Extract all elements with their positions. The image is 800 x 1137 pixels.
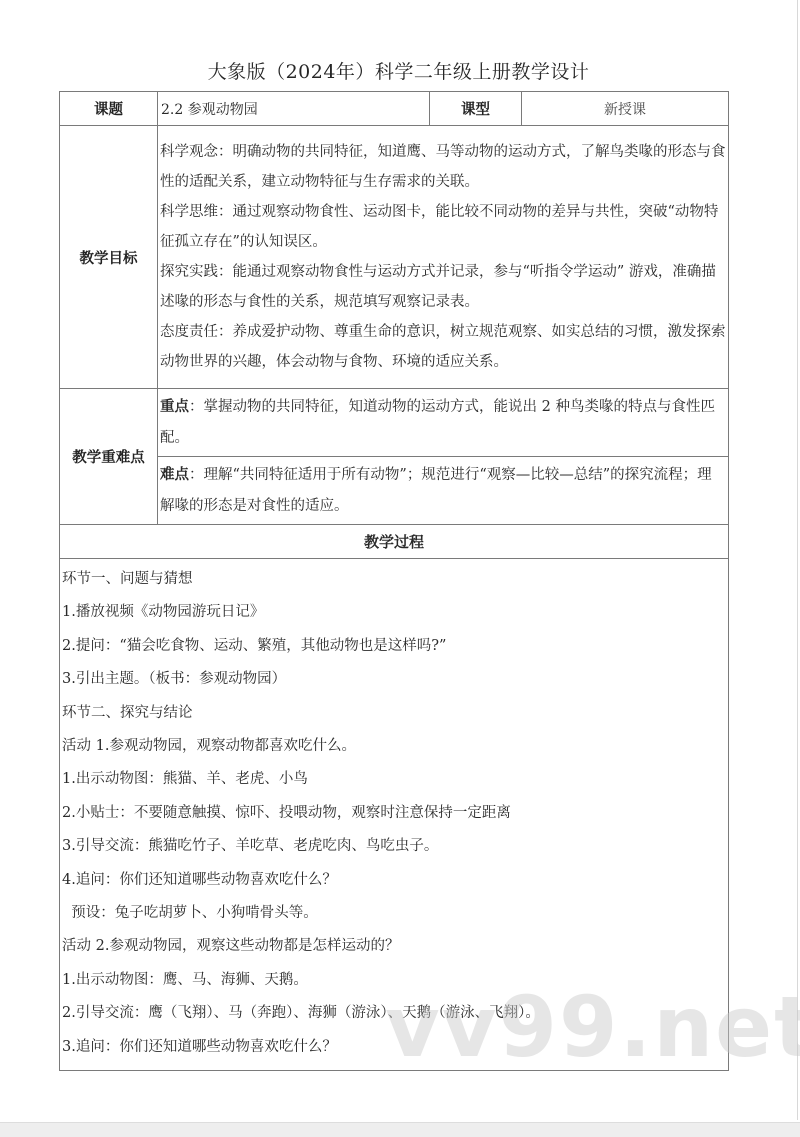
document-page: 大象版（2024年）科学二年级上册教学设计 课题 2.2 参观动物园 课型 新授…	[0, 0, 798, 1120]
key-point-text: 重点：掌握动物的共同特征，知道动物的运动方式，能说出 2 种鸟类喙的特点与食性匹…	[160, 392, 726, 454]
key-point-label: 重点	[160, 399, 189, 415]
lesson-type-label: 课型	[430, 92, 522, 126]
process-line: 3.追问：你们还知道哪些动物喜欢吃什么？	[62, 1031, 726, 1064]
lesson-plan-table: 课题 2.2 参观动物园 课型 新授课 教学目标 科学观念：明确动物的共同特征，…	[59, 91, 729, 1071]
topic-value: 2.2 参观动物园	[158, 92, 430, 126]
process-line: 2.引导交流：鹰（飞翔）、马（奔跑）、海狮（游泳）、天鹅（游泳、飞翔）。	[62, 997, 726, 1030]
page-bottom-bar	[0, 1122, 800, 1137]
difficult-point-row: 难点：理解“共同特征适用于所有动物”；规范进行“观察—比较—总结”的探究流程；理…	[60, 457, 729, 525]
process-section-2: 环节二、探究与结论	[62, 697, 726, 730]
goal-practice: 探究实践：能通过观察动物食性与运动方式并记录，参与“听指令学运动” 游戏，准确描…	[160, 257, 726, 317]
lesson-type-value: 新授课	[522, 92, 729, 126]
process-line: 2.小贴士：不要随意触摸、惊吓、投喂动物，观察时注意保持一定距离	[62, 797, 726, 830]
process-line: 预设：兔子吃胡萝卜、小狗啃骨头等。	[62, 897, 726, 930]
key-point-cell: 重点：掌握动物的共同特征，知道动物的运动方式，能说出 2 种鸟类喙的特点与食性匹…	[158, 389, 729, 457]
process-activity-1: 活动 1.参观动物园，观察动物都喜欢吃什么。	[62, 730, 726, 763]
process-section-1: 环节一、问题与猜想	[62, 563, 726, 596]
goal-thinking: 科学思维：通过观察动物食性、运动图卡，能比较不同动物的差异与共性，突破“动物特征…	[160, 197, 726, 257]
process-line: 3.引导交流：熊猫吃竹子、羊吃草、老虎吃肉、鸟吃虫子。	[62, 830, 726, 863]
process-line: 1.出示动物图：熊猫、羊、老虎、小鸟	[62, 763, 726, 796]
process-heading: 教学过程	[60, 525, 729, 559]
topic-row: 课题 2.2 参观动物园 课型 新授课	[60, 92, 729, 126]
difficult-point-label: 难点	[160, 467, 189, 483]
difficult-point-text: 难点：理解“共同特征适用于所有动物”；规范进行“观察—比较—总结”的探究流程；理…	[160, 460, 726, 522]
goals-row: 教学目标 科学观念：明确动物的共同特征，知道鹰、马等动物的运动方式，了解鸟类喙的…	[60, 126, 729, 389]
process-line: 1.播放视频《动物园游玩日记》	[62, 596, 726, 629]
key-point-body: ：掌握动物的共同特征，知道动物的运动方式，能说出 2 种鸟类喙的特点与食性匹配。	[160, 399, 715, 446]
document-title: 大象版（2024年）科学二年级上册教学设计	[0, 57, 797, 84]
process-activity-2: 活动 2.参观动物园，观察这些动物都是怎样运动的？	[62, 930, 726, 963]
topic-label: 课题	[60, 92, 158, 126]
difficult-point-cell: 难点：理解“共同特征适用于所有动物”；规范进行“观察—比较—总结”的探究流程；理…	[158, 457, 729, 525]
key-point-row: 教学重难点 重点：掌握动物的共同特征，知道动物的运动方式，能说出 2 种鸟类喙的…	[60, 389, 729, 457]
process-line: 2.提问：“猫会吃食物、运动、繁殖，其他动物也是这样吗?”	[62, 630, 726, 663]
goals-label: 教学目标	[60, 126, 158, 389]
difficult-point-body: ：理解“共同特征适用于所有动物”；规范进行“观察—比较—总结”的探究流程；理解喙…	[160, 467, 712, 514]
goals-content: 科学观念：明确动物的共同特征，知道鹰、马等动物的运动方式，了解鸟类喙的形态与食性…	[158, 126, 729, 389]
process-line: 4.追问：你们还知道哪些动物喜欢吃什么？	[62, 864, 726, 897]
process-line: 3.引出主题。（板书：参观动物园）	[62, 663, 726, 696]
process-content: 环节一、问题与猜想 1.播放视频《动物园游玩日记》 2.提问：“猫会吃食物、运动…	[60, 559, 729, 1071]
goal-attitude: 态度责任：养成爱护动物、尊重生命的意识，树立规范观察、如实总结的习惯，激发探索动…	[160, 317, 726, 377]
process-body-row: 环节一、问题与猜想 1.播放视频《动物园游玩日记》 2.提问：“猫会吃食物、运动…	[60, 559, 729, 1071]
goal-concept: 科学观念：明确动物的共同特征，知道鹰、马等动物的运动方式，了解鸟类喙的形态与食性…	[160, 137, 726, 197]
process-line: 1.出示动物图：鹰、马、海狮、天鹅。	[62, 964, 726, 997]
key-points-label: 教学重难点	[60, 389, 158, 525]
process-heading-row: 教学过程	[60, 525, 729, 559]
